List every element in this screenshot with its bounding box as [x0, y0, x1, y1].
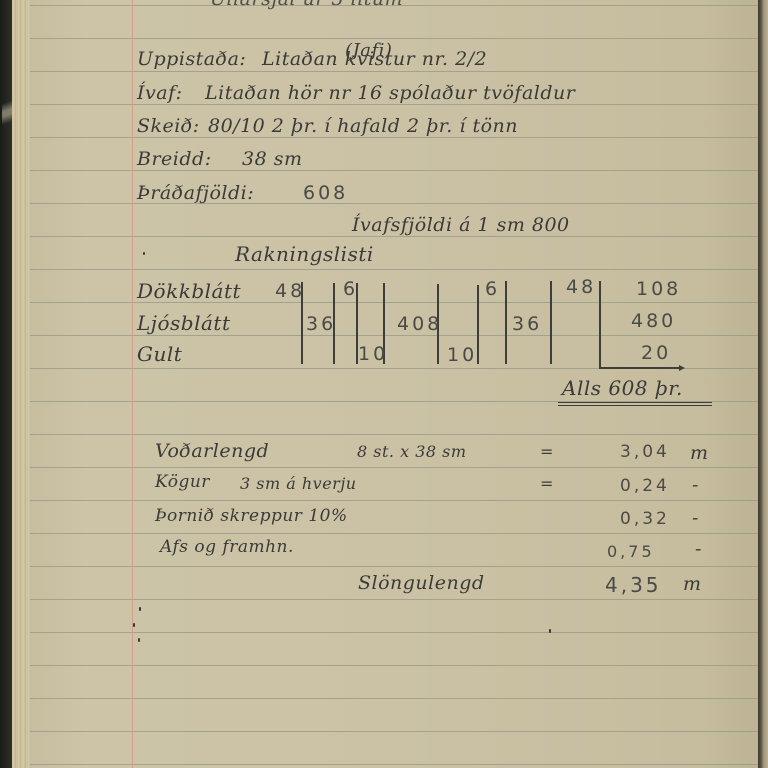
- page-right-edge: [758, 0, 768, 768]
- spec-width-label: Breidd:: [137, 148, 212, 170]
- calc-label-3: Afs og framhn.: [160, 537, 294, 557]
- cell-r2-c2: 36: [306, 313, 336, 335]
- spec-threads-label: Þráðafjöldi:: [137, 182, 254, 204]
- binding-label-mark: [2, 95, 12, 135]
- calc-value-3: 0,75: [607, 542, 655, 561]
- total-underline: [599, 367, 679, 369]
- ruled-line: [30, 500, 758, 501]
- calc-eq-1: =: [540, 474, 554, 493]
- cell-r3-c4: 10: [358, 343, 388, 365]
- calc-label-0: Voðarlengd: [155, 440, 269, 462]
- total-yellow: 20: [641, 342, 671, 364]
- arrow-head-icon: [679, 365, 685, 371]
- row-label-light-blue: Ljósblátt: [137, 311, 230, 335]
- ink-speck: [549, 629, 551, 633]
- warp-length-label: Slöngulengd: [358, 572, 485, 594]
- spec-warp-label: Uppistaða:: [137, 48, 246, 70]
- ruled-line: [30, 104, 758, 105]
- calc-unit-1: -: [692, 474, 699, 496]
- ruled-line: [30, 38, 758, 39]
- cell-r2-c5: 408: [397, 313, 442, 335]
- ruled-line: [30, 698, 758, 699]
- calc-unit-2: -: [692, 507, 699, 529]
- calc-eq-0: =: [540, 442, 554, 461]
- table-divider: [550, 281, 552, 364]
- row-label-dark-blue: Dökkblátt: [137, 279, 241, 303]
- cell-r2-c8: 36: [512, 313, 542, 335]
- grand-total: Alls 608 þr.: [562, 376, 683, 400]
- ruled-line: [30, 467, 758, 468]
- ruled-line: [30, 731, 758, 732]
- spec-width-value: 38 sm: [242, 148, 302, 170]
- ink-speck: [139, 607, 141, 611]
- ruled-line: [30, 137, 758, 138]
- cell-r1-c7: 6: [485, 278, 500, 300]
- spec-reed-value: 80/10 2 þr. í hafald 2 þr. í tönn: [208, 115, 518, 137]
- ruled-line: [30, 170, 758, 171]
- cell-r1-c1: 48: [275, 280, 305, 302]
- warp-length-unit: m: [683, 573, 702, 595]
- ruled-line: [30, 599, 758, 600]
- table-title: Rakningslisti: [235, 242, 374, 266]
- margin-line: [132, 0, 133, 768]
- calc-unit-3: -: [695, 538, 702, 560]
- ruled-line: [30, 632, 758, 633]
- table-divider: [599, 281, 601, 369]
- spec-warp-value: Litaðan kvistur nr. 2/2: [262, 48, 487, 70]
- calc-label-1: Kögur: [155, 472, 210, 492]
- warp-length-value: 4,35: [605, 573, 662, 597]
- cell-r1-c9: 48: [566, 276, 596, 298]
- total-light-blue: 480: [631, 310, 676, 332]
- spec-weft-label: Ívaf:: [137, 82, 183, 104]
- calc-label-2: Þornið skreppur 10%: [155, 506, 348, 526]
- ink-speck: [133, 623, 135, 627]
- ink-dot: [143, 252, 145, 255]
- spec-weft-value: Litaðan hör nr 16 spólaður tvöfaldur: [205, 82, 575, 104]
- cell-r3-c6: 10: [447, 344, 477, 366]
- ruled-line: [30, 434, 758, 435]
- ruled-line: [30, 764, 758, 765]
- spec-reed-label: Skeið:: [137, 115, 200, 137]
- table-divider: [477, 285, 479, 364]
- ruled-line: [30, 269, 758, 270]
- total-dark-blue: 108: [636, 278, 681, 300]
- ruled-line: [30, 236, 758, 237]
- ruled-line: [30, 566, 758, 567]
- ruled-line: [30, 533, 758, 534]
- calc-value-1: 0,24: [620, 476, 670, 496]
- calc-unit-0: m: [690, 442, 709, 464]
- ink-speck: [138, 638, 140, 642]
- ruled-line: [30, 665, 758, 666]
- calc-detail-0: 8 st. x 38 sm: [357, 442, 467, 461]
- grand-total-underline: [558, 405, 712, 406]
- ruled-line: [30, 335, 758, 336]
- page-header-cut: Ullarsjal úr 3 litum: [210, 0, 403, 10]
- spec-threads-value: 608: [303, 182, 348, 204]
- grand-total-underline: [558, 402, 712, 403]
- calc-value-0: 3,04: [620, 442, 670, 462]
- cell-r1-c3: 6: [343, 278, 358, 300]
- calc-detail-1: 3 sm á hverju: [240, 474, 357, 493]
- calc-value-2: 0,32: [620, 509, 670, 529]
- table-divider: [505, 281, 507, 364]
- ruled-line: [30, 71, 758, 72]
- row-label-yellow: Gult: [137, 342, 182, 366]
- weft-count: Ívafsfjöldi á 1 sm 800: [352, 214, 570, 236]
